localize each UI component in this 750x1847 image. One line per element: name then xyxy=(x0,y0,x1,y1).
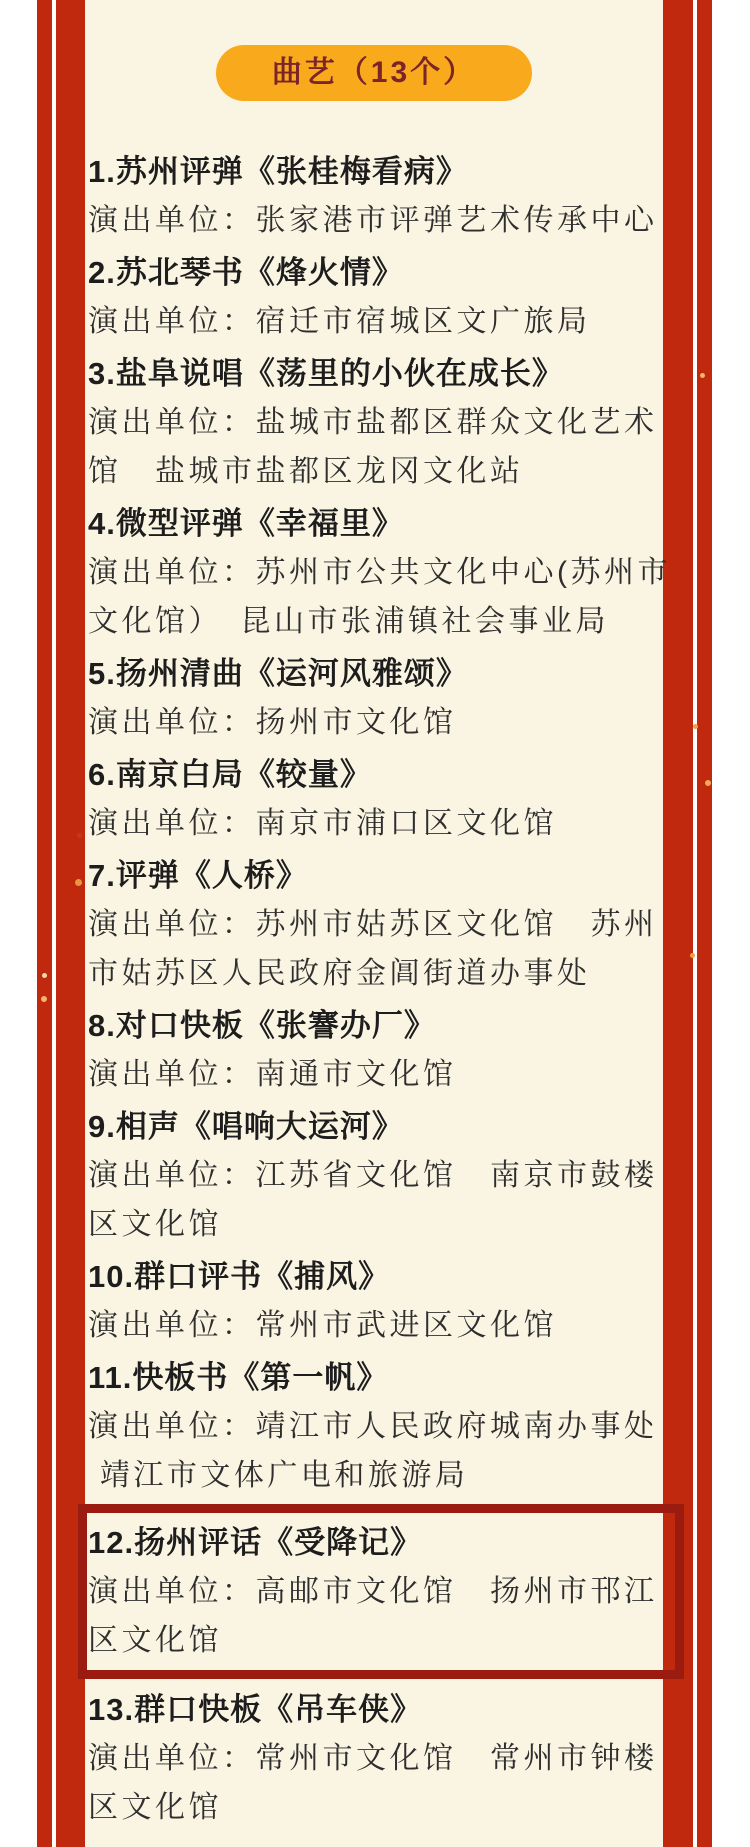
unit-line: 演出单位：江苏省文化馆 南京市鼓楼 xyxy=(88,1151,663,1200)
program-title: 10.群口评书《捕风》 xyxy=(88,1252,663,1301)
program-title: 2.苏北琴书《烽火情》 xyxy=(88,248,663,297)
decor-dot xyxy=(690,953,695,958)
program-units: 演出单位：常州市武进区文化馆 xyxy=(88,1301,663,1350)
unit-line: 演出单位：常州市武进区文化馆 xyxy=(88,1301,663,1350)
decor-dot xyxy=(41,996,47,1002)
program-title: 7.评弹《人桥》 xyxy=(88,851,663,900)
unit-line: 演出单位：高邮市文化馆 扬州市邗江 xyxy=(88,1567,667,1616)
program-units: 演出单位：高邮市文化馆 扬州市邗江区文化馆 xyxy=(88,1567,667,1665)
decor-dot xyxy=(693,724,698,729)
unit-line: 区文化馆 xyxy=(88,1783,663,1832)
program-item: 9.相声《唱响大运河》 演出单位：江苏省文化馆 南京市鼓楼区文化馆 xyxy=(88,1102,663,1249)
program-item: 5.扬州清曲《运河风雅颂》 演出单位：扬州市文化馆 xyxy=(88,649,663,747)
program-item: 12.扬州评话《受降记》 演出单位：高邮市文化馆 扬州市邗江区文化馆 xyxy=(78,1504,684,1679)
program-item: 11.快板书《第一帆》 演出单位：靖江市人民政府城南办事处 靖江市文体广电和旅游… xyxy=(88,1353,663,1500)
unit-line: 演出单位：苏州市公共文化中心(苏州市 xyxy=(88,548,663,597)
program-item: 2.苏北琴书《烽火情》 演出单位：宿迁市宿城区文广旅局 xyxy=(88,248,663,346)
program-units: 演出单位：常州市文化馆 常州市钟楼区文化馆 xyxy=(88,1734,663,1832)
program-item: 4.微型评弹《幸福里》 演出单位：苏州市公共文化中心(苏州市文化馆） 昆山市张浦… xyxy=(88,499,663,646)
decor-dot xyxy=(705,780,711,786)
program-units: 演出单位：苏州市姑苏区文化馆 苏州市姑苏区人民政府金阊街道办事处 xyxy=(88,900,663,998)
decor-dot xyxy=(700,373,705,378)
program-title: 9.相声《唱响大运河》 xyxy=(88,1102,663,1151)
decor-dot xyxy=(77,833,82,838)
unit-line: 演出单位：盐城市盐都区群众文化艺术 xyxy=(88,398,663,447)
program-item: 7.评弹《人桥》 演出单位：苏州市姑苏区文化馆 苏州市姑苏区人民政府金阊街道办事… xyxy=(88,851,663,998)
content-area: 曲艺（13个） 1.苏州评弹《张桂梅看病》 演出单位：张家港市评弹艺术传承中心 … xyxy=(85,0,663,1847)
program-item: 3.盐阜说唱《荡里的小伙在成长》 演出单位：盐城市盐都区群众文化艺术馆 盐城市盐… xyxy=(88,349,663,496)
unit-line: 演出单位：张家港市评弹艺术传承中心 xyxy=(88,196,663,245)
program-title: 11.快板书《第一帆》 xyxy=(88,1353,663,1402)
program-title: 5.扬州清曲《运河风雅颂》 xyxy=(88,649,663,698)
unit-line: 演出单位：南京市浦口区文化馆 xyxy=(88,799,663,848)
program-units: 演出单位：盐城市盐都区群众文化艺术馆 盐城市盐都区龙冈文化站 xyxy=(88,398,663,496)
program-units: 演出单位：江苏省文化馆 南京市鼓楼区文化馆 xyxy=(88,1151,663,1249)
program-item: 13.群口快板《吊车侠》 演出单位：常州市文化馆 常州市钟楼区文化馆 xyxy=(88,1685,663,1832)
decor-dot xyxy=(75,879,82,886)
unit-line: 靖江市文体广电和旅游局 xyxy=(88,1451,663,1500)
unit-line: 区文化馆 xyxy=(88,1616,667,1665)
unit-line: 演出单位：靖江市人民政府城南办事处 xyxy=(88,1402,663,1451)
category-badge: 曲艺（13个） xyxy=(216,45,532,101)
unit-line: 演出单位：南通市文化馆 xyxy=(88,1050,663,1099)
program-units: 演出单位：扬州市文化馆 xyxy=(88,698,663,747)
program-title: 1.苏州评弹《张桂梅看病》 xyxy=(88,147,663,196)
program-units: 演出单位：靖江市人民政府城南办事处 靖江市文体广电和旅游局 xyxy=(88,1402,663,1500)
program-list: 1.苏州评弹《张桂梅看病》 演出单位：张家港市评弹艺术传承中心 2.苏北琴书《烽… xyxy=(85,101,663,1832)
program-units: 演出单位：张家港市评弹艺术传承中心 xyxy=(88,196,663,245)
unit-line: 馆 盐城市盐都区龙冈文化站 xyxy=(88,447,663,496)
program-item: 10.群口评书《捕风》 演出单位：常州市武进区文化馆 xyxy=(88,1252,663,1350)
unit-line: 文化馆） 昆山市张浦镇社会事业局 xyxy=(88,597,663,646)
program-units: 演出单位：宿迁市宿城区文广旅局 xyxy=(88,297,663,346)
program-title: 3.盐阜说唱《荡里的小伙在成长》 xyxy=(88,349,663,398)
program-title: 8.对口快板《张謇办厂》 xyxy=(88,1001,663,1050)
unit-line: 演出单位：扬州市文化馆 xyxy=(88,698,663,747)
unit-line: 市姑苏区人民政府金阊街道办事处 xyxy=(88,949,663,998)
unit-line: 区文化馆 xyxy=(88,1200,663,1249)
program-units: 演出单位：苏州市公共文化中心(苏州市文化馆） 昆山市张浦镇社会事业局 xyxy=(88,548,663,646)
frame-bar-left-outer xyxy=(37,0,52,1847)
program-units: 演出单位：南通市文化馆 xyxy=(88,1050,663,1099)
program-item: 6.南京白局《较量》 演出单位：南京市浦口区文化馆 xyxy=(88,750,663,848)
program-title: 13.群口快板《吊车侠》 xyxy=(88,1685,663,1734)
program-units: 演出单位：南京市浦口区文化馆 xyxy=(88,799,663,848)
program-title: 12.扬州评话《受降记》 xyxy=(88,1518,667,1567)
program-title: 4.微型评弹《幸福里》 xyxy=(88,499,663,548)
unit-line: 演出单位：苏州市姑苏区文化馆 苏州 xyxy=(88,900,663,949)
unit-line: 演出单位：宿迁市宿城区文广旅局 xyxy=(88,297,663,346)
program-title: 6.南京白局《较量》 xyxy=(88,750,663,799)
frame-bar-right-outer xyxy=(697,0,712,1847)
program-item: 1.苏州评弹《张桂梅看病》 演出单位：张家港市评弹艺术传承中心 xyxy=(88,147,663,245)
program-item: 8.对口快板《张謇办厂》 演出单位：南通市文化馆 xyxy=(88,1001,663,1099)
unit-line: 演出单位：常州市文化馆 常州市钟楼 xyxy=(88,1734,663,1783)
decor-dot xyxy=(42,973,47,978)
